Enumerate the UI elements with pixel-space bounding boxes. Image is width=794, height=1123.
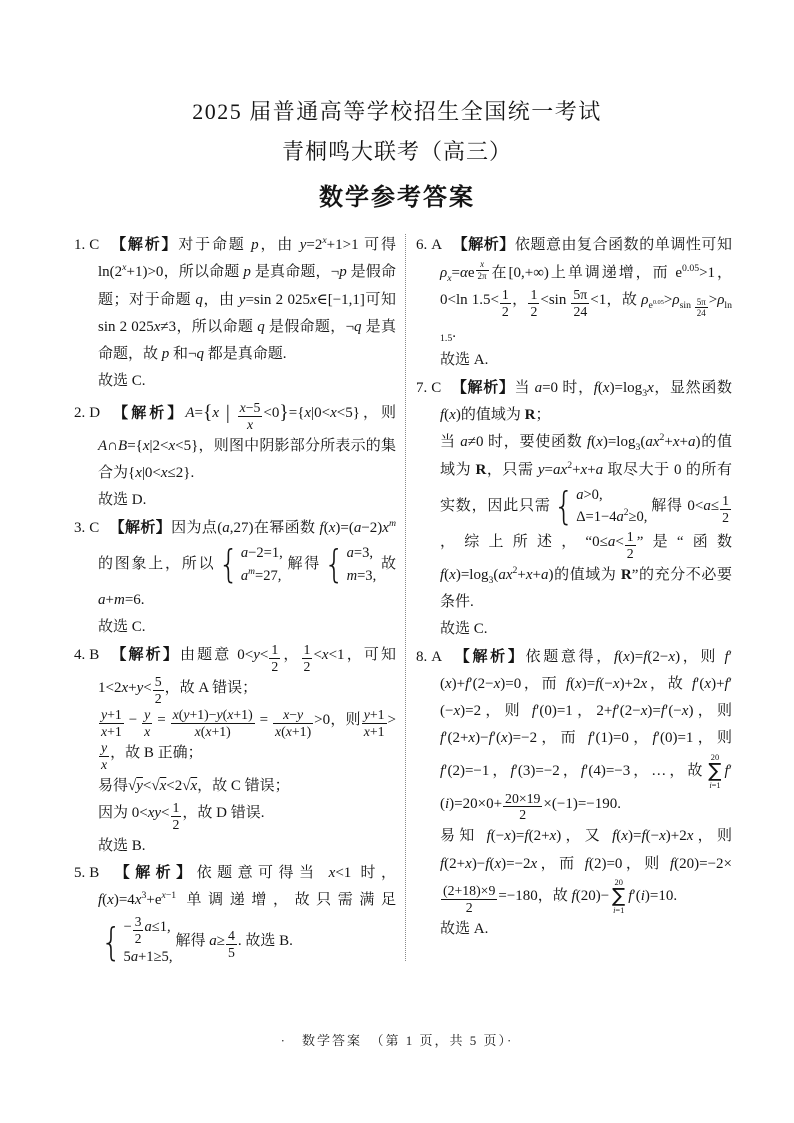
analysis-marker: 【解析】: [109, 865, 196, 881]
answer-letter: B: [89, 865, 99, 881]
question-8: 8.A【解析】依题意得，f(x)=f(2−x)，则 f′(x)+f′(2−x)=…: [416, 644, 732, 944]
answer-letter: C: [431, 380, 441, 396]
question-number: 7.: [416, 380, 427, 396]
answer-letter: C: [89, 237, 99, 253]
answer-letter: C: [89, 520, 99, 536]
exam-title: 2025 届普通高等学校招生全国统一考试: [0, 95, 794, 126]
question-4: 4.B【解析】由题意 0<y<12，12<x<1，可知 1<2x+y<52，故 …: [74, 642, 396, 860]
document-header: 2025 届普通高等学校招生全国统一考试 青桐鸣大联考（高三） 数学参考答案: [0, 0, 794, 212]
question-number: 4.: [74, 647, 85, 663]
page-footer-text: · 数学答案 （第 1 页，共 5 页）·: [281, 1033, 514, 1048]
question-number: 5.: [74, 865, 85, 881]
analysis-marker: 【解析】: [109, 520, 171, 536]
solution-text: 当 a=0 时，f(x)=log3x，显然函数 f(x)的值域为 R；当 a≠0…: [440, 380, 732, 638]
answer-letter: B: [89, 647, 99, 663]
question-number: 3.: [74, 520, 85, 536]
analysis-marker: 【解析】: [109, 237, 178, 253]
question-5: 5.B【解析】依题意可得当 x<1 时，f(x)=4x3+ex−1 单调递增，故…: [74, 860, 396, 969]
solution-text: 依题意得，f(x)=f(2−x)，则 f′(x)+f′(2−x)=0，而 f(x…: [440, 649, 732, 937]
answer-letter: A: [431, 649, 442, 665]
column-divider: [405, 234, 406, 961]
solution-text: 因为点(a,27)在幂函数 f(x)=(a−2)xm 的图象上，所以{a−2=1…: [98, 520, 396, 636]
answer-columns: 1.C【解析】对于命题 p，由 y=2x+1>1 可得 ln(2x+1)>0，所…: [74, 232, 732, 969]
question-number: 6.: [416, 237, 427, 253]
question-3: 3.C【解析】因为点(a,27)在幂函数 f(x)=(a−2)xm 的图象上，所…: [74, 515, 396, 642]
question-number: 8.: [416, 649, 427, 665]
solution-text: 由题意 0<y<12，12<x<1，可知 1<2x+y<52，故 A 错误；y+…: [98, 647, 396, 854]
analysis-marker: 【解析】: [452, 237, 515, 253]
solution-text: 依题意由复合函数的单调性可知 ρx=αex2π在[0,+∞)上单调递增，而 e0…: [440, 237, 732, 368]
left-column: 1.C【解析】对于命题 p，由 y=2x+1>1 可得 ln(2x+1)>0，所…: [74, 232, 396, 969]
answer-letter: D: [89, 405, 100, 421]
analysis-marker: 【解析】: [452, 649, 525, 665]
answer-letter: A: [431, 237, 442, 253]
analysis-marker: 【解析】: [109, 647, 180, 663]
answer-key-title: 数学参考答案: [0, 177, 794, 212]
analysis-marker: 【解析】: [451, 380, 514, 396]
exam-subtitle: 青桐鸣大联考（高三）: [0, 135, 794, 166]
right-column: 6.A【解析】依题意由复合函数的单调性可知 ρx=αex2π在[0,+∞)上单调…: [411, 232, 732, 969]
solution-text: 对于命题 p，由 y=2x+1>1 可得 ln(2x+1)>0，所以命题 p 是…: [98, 237, 396, 389]
question-7: 7.C【解析】当 a=0 时，f(x)=log3x，显然函数 f(x)的值域为 …: [416, 375, 732, 644]
question-1: 1.C【解析】对于命题 p，由 y=2x+1>1 可得 ln(2x+1)>0，所…: [74, 232, 396, 396]
page-footer: · 数学答案 （第 1 页，共 5 页）·: [0, 1030, 794, 1049]
question-number: 2.: [74, 405, 85, 421]
answer-key-page: 2025 届普通高等学校招生全国统一考试 青桐鸣大联考（高三） 数学参考答案 1…: [0, 0, 794, 1123]
question-6: 6.A【解析】依题意由复合函数的单调性可知 ρx=αex2π在[0,+∞)上单调…: [416, 232, 732, 375]
analysis-marker: 【解析】: [110, 405, 185, 421]
question-2: 2.D【解析】A={x | x−5x<0}={x|0<x<5}，则 A∩B={x…: [74, 396, 396, 515]
question-number: 1.: [74, 237, 85, 253]
